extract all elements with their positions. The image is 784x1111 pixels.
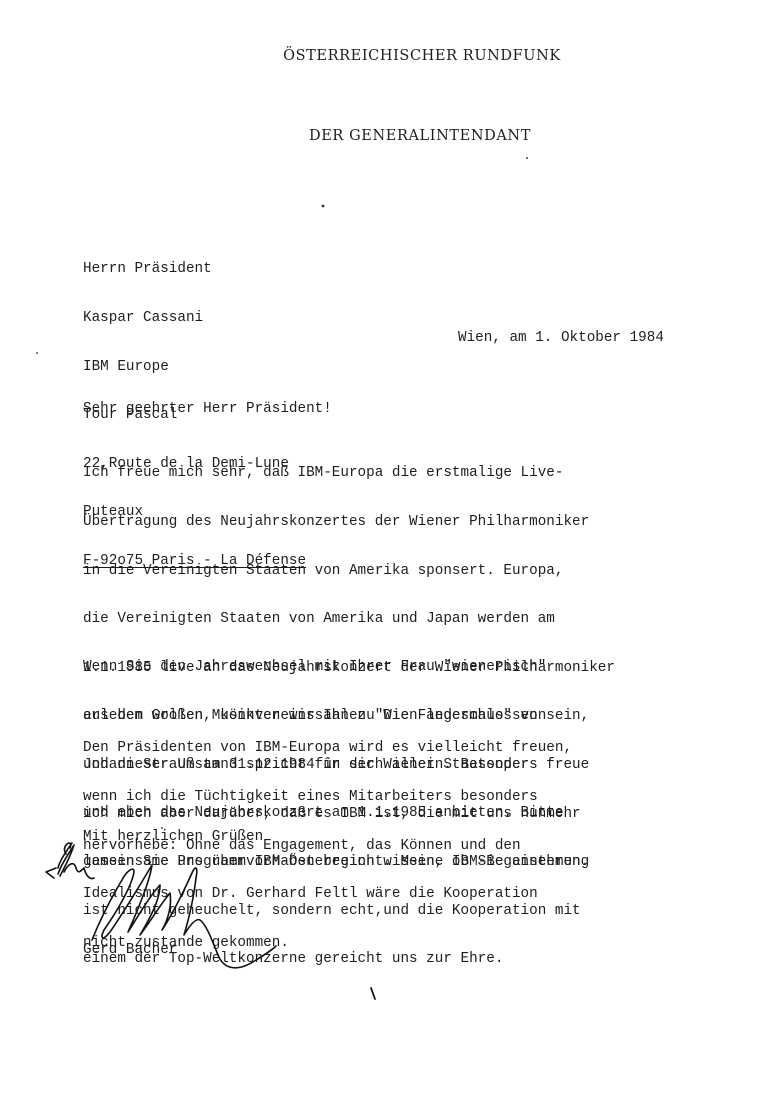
salutation: Sehr geehrter Herr Präsident!	[83, 401, 332, 417]
body-line: Idealismus von Dr. Gerhard Feltl wäre di…	[83, 886, 572, 902]
body-line: Den Präsidenten von IBM-Europa wird es v…	[83, 740, 572, 756]
address-line: IBM Europe	[83, 359, 306, 375]
body-line: in die Vereinigten Staaten von Amerika s…	[83, 563, 615, 579]
address-line: Kaspar Cassani	[83, 310, 306, 326]
dateline: Wien, am 1. Oktober 1984	[458, 330, 664, 346]
body-line: Übertragung des Neujahrskonzertes der Wi…	[83, 514, 615, 530]
body-line: wenn ich die Tüchtigkeit eines Mitarbeit…	[83, 789, 572, 805]
closing: Mit herzlichen Grüßen	[83, 829, 263, 845]
body-line: die Vereinigten Staaten von Amerika und …	[83, 611, 615, 627]
letterhead-title: DER GENERALINTENDANT	[28, 128, 784, 144]
letterhead-organization: ÖSTERREICHISCHER RUNDFUNK	[30, 48, 784, 64]
stray-mark	[371, 988, 375, 999]
address-line: Herrn Präsident	[83, 261, 306, 277]
signer-name: Gerd Bacher	[83, 942, 177, 958]
body-line: Ich freue mich sehr, daß IBM-Europa die …	[83, 465, 615, 481]
body-line: Wenn Sie den Jahreswechsel mit Ihrer Fra…	[83, 659, 589, 675]
